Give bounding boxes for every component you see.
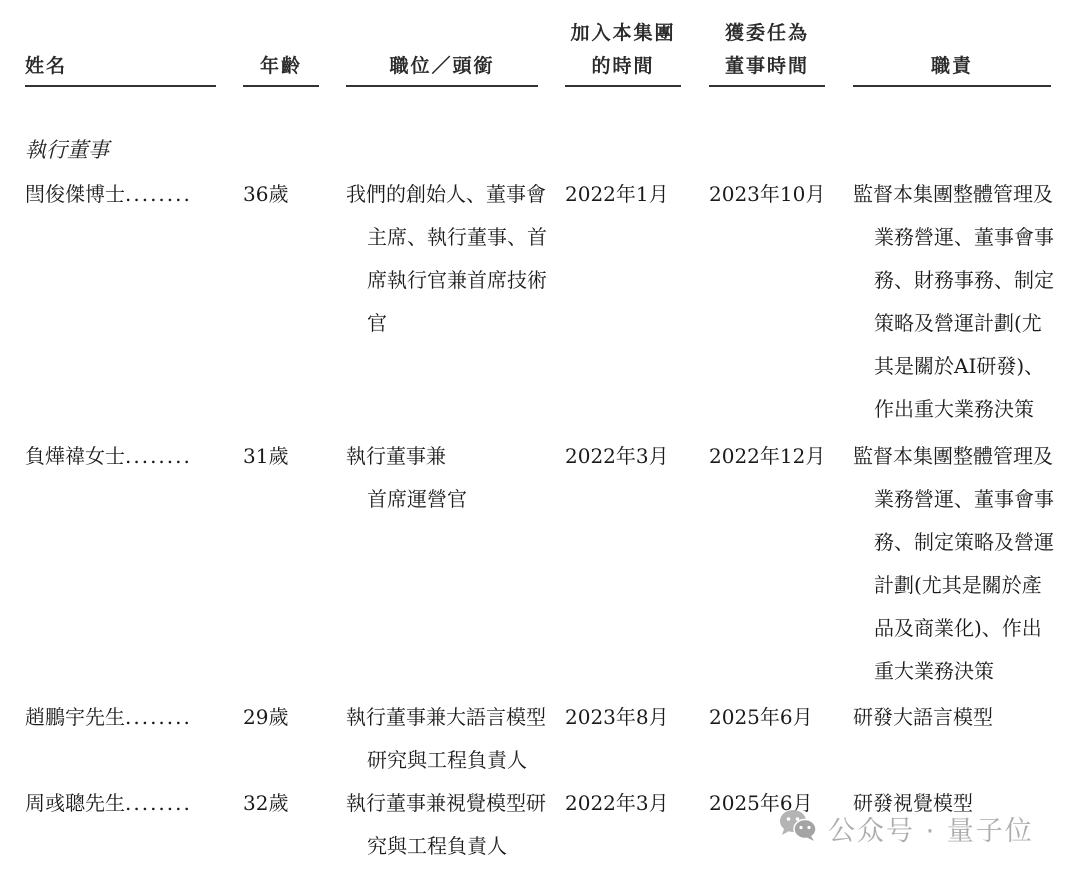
header-position: 職位／頭銜	[346, 0, 538, 87]
row-name-cell: 趙鵬宇先生........	[25, 696, 192, 739]
duties-line: 品及商業化)、作出	[853, 607, 1054, 650]
duties-line: 務、財務事務、制定	[853, 259, 1054, 302]
duties-cell: 監督本集團整體管理及 業務營運、董事會事 務、制定策略及營運 計劃(尤其是關於產…	[853, 435, 1054, 693]
row-name-cell: 負燁禕女士........	[25, 435, 192, 478]
duties-line: 監督本集團整體管理及	[853, 435, 1054, 478]
duties-line: 重大業務決策	[853, 650, 1054, 693]
position-line: 執行董事兼視覺模型研	[346, 782, 546, 825]
duties-line: 策略及營運計劃(尤	[853, 302, 1054, 345]
position-line: 主席、執行董事、首	[346, 216, 547, 259]
duties-cell: 研發大語言模型	[853, 696, 993, 739]
header-name-label: 姓名	[25, 50, 67, 83]
duties-line: 業務營運、董事會事	[853, 216, 1054, 259]
watermark: 公众号 · 量子位	[778, 808, 1034, 849]
header-age-label: 年齡	[260, 50, 302, 83]
duties-line: 研發大語言模型	[853, 696, 993, 739]
header-join-date-line2: 的時間	[591, 50, 654, 83]
leader-dots: ........	[125, 444, 192, 468]
leader-dots: ........	[125, 182, 192, 206]
leader-dots: ........	[125, 791, 192, 815]
duties-line: 務、制定策略及營運	[853, 521, 1054, 564]
join-date-cell: 2022年1月	[565, 173, 669, 216]
join-date-cell: 2023年8月	[565, 696, 669, 739]
appointed-date-cell: 2022年12月	[709, 435, 825, 478]
row-name-cell: 閆俊傑博士........	[25, 173, 192, 216]
header-join-date: 加入本集團 的時間	[565, 0, 681, 87]
age-cell: 32歲	[243, 782, 288, 825]
header-position-label: 職位／頭銜	[389, 50, 494, 83]
header-appointed-date-line2: 董事時間	[725, 50, 809, 83]
position-line: 究與工程負責人	[346, 825, 546, 868]
appointed-date-cell: 2023年10月	[709, 173, 825, 216]
section-title-executive-directors: 執行董事	[25, 134, 109, 164]
duties-line: 作出重大業務決策	[853, 388, 1054, 431]
age-cell: 36歲	[243, 173, 288, 216]
position-line: 席執行官兼首席技術	[346, 259, 547, 302]
position-cell: 執行董事兼 首席運營官	[346, 435, 467, 521]
position-line: 執行董事兼大語言模型	[346, 696, 546, 739]
age-cell: 31歲	[243, 435, 288, 478]
director-name: 閆俊傑博士	[25, 182, 125, 206]
join-date-cell: 2022年3月	[565, 435, 669, 478]
row-name-cell: 周彧聰先生........	[25, 782, 192, 825]
wechat-icon	[778, 808, 828, 849]
position-line: 我們的創始人、董事會	[346, 173, 547, 216]
duties-line: 業務營運、董事會事	[853, 478, 1054, 521]
duties-line: 監督本集團整體管理及	[853, 173, 1054, 216]
position-line: 執行董事兼	[346, 435, 467, 478]
join-date-cell: 2022年3月	[565, 782, 669, 825]
watermark-text: 公众号 · 量子位	[828, 809, 1034, 848]
director-name: 周彧聰先生	[25, 791, 125, 815]
header-age: 年齡	[243, 0, 319, 87]
duties-line: 計劃(尤其是關於產	[853, 564, 1054, 607]
header-name: 姓名	[25, 0, 216, 87]
duties-cell: 監督本集團整體管理及 業務營運、董事會事 務、財務事務、制定 策略及營運計劃(尤…	[853, 173, 1054, 431]
header-appointed-date: 獲委任為 董事時間	[709, 0, 825, 87]
position-line: 官	[346, 302, 547, 345]
header-duties-label: 職責	[931, 50, 973, 83]
header-duties: 職責	[853, 0, 1051, 87]
position-cell: 執行董事兼大語言模型 研究與工程負責人	[346, 696, 546, 782]
position-cell: 我們的創始人、董事會 主席、執行董事、首 席執行官兼首席技術 官	[346, 173, 547, 345]
position-line: 研究與工程負責人	[346, 739, 546, 782]
duties-line: 其是關於AI研發)、	[853, 345, 1054, 388]
position-cell: 執行董事兼視覺模型研 究與工程負責人	[346, 782, 546, 868]
position-line: 首席運營官	[346, 478, 467, 521]
header-join-date-line1: 加入本集團	[570, 17, 675, 50]
age-cell: 29歲	[243, 696, 288, 739]
appointed-date-cell: 2025年6月	[709, 696, 813, 739]
director-name: 趙鵬宇先生	[25, 705, 125, 729]
leader-dots: ........	[125, 705, 192, 729]
header-appointed-date-line1: 獲委任為	[725, 17, 809, 50]
director-name: 負燁禕女士	[25, 444, 125, 468]
